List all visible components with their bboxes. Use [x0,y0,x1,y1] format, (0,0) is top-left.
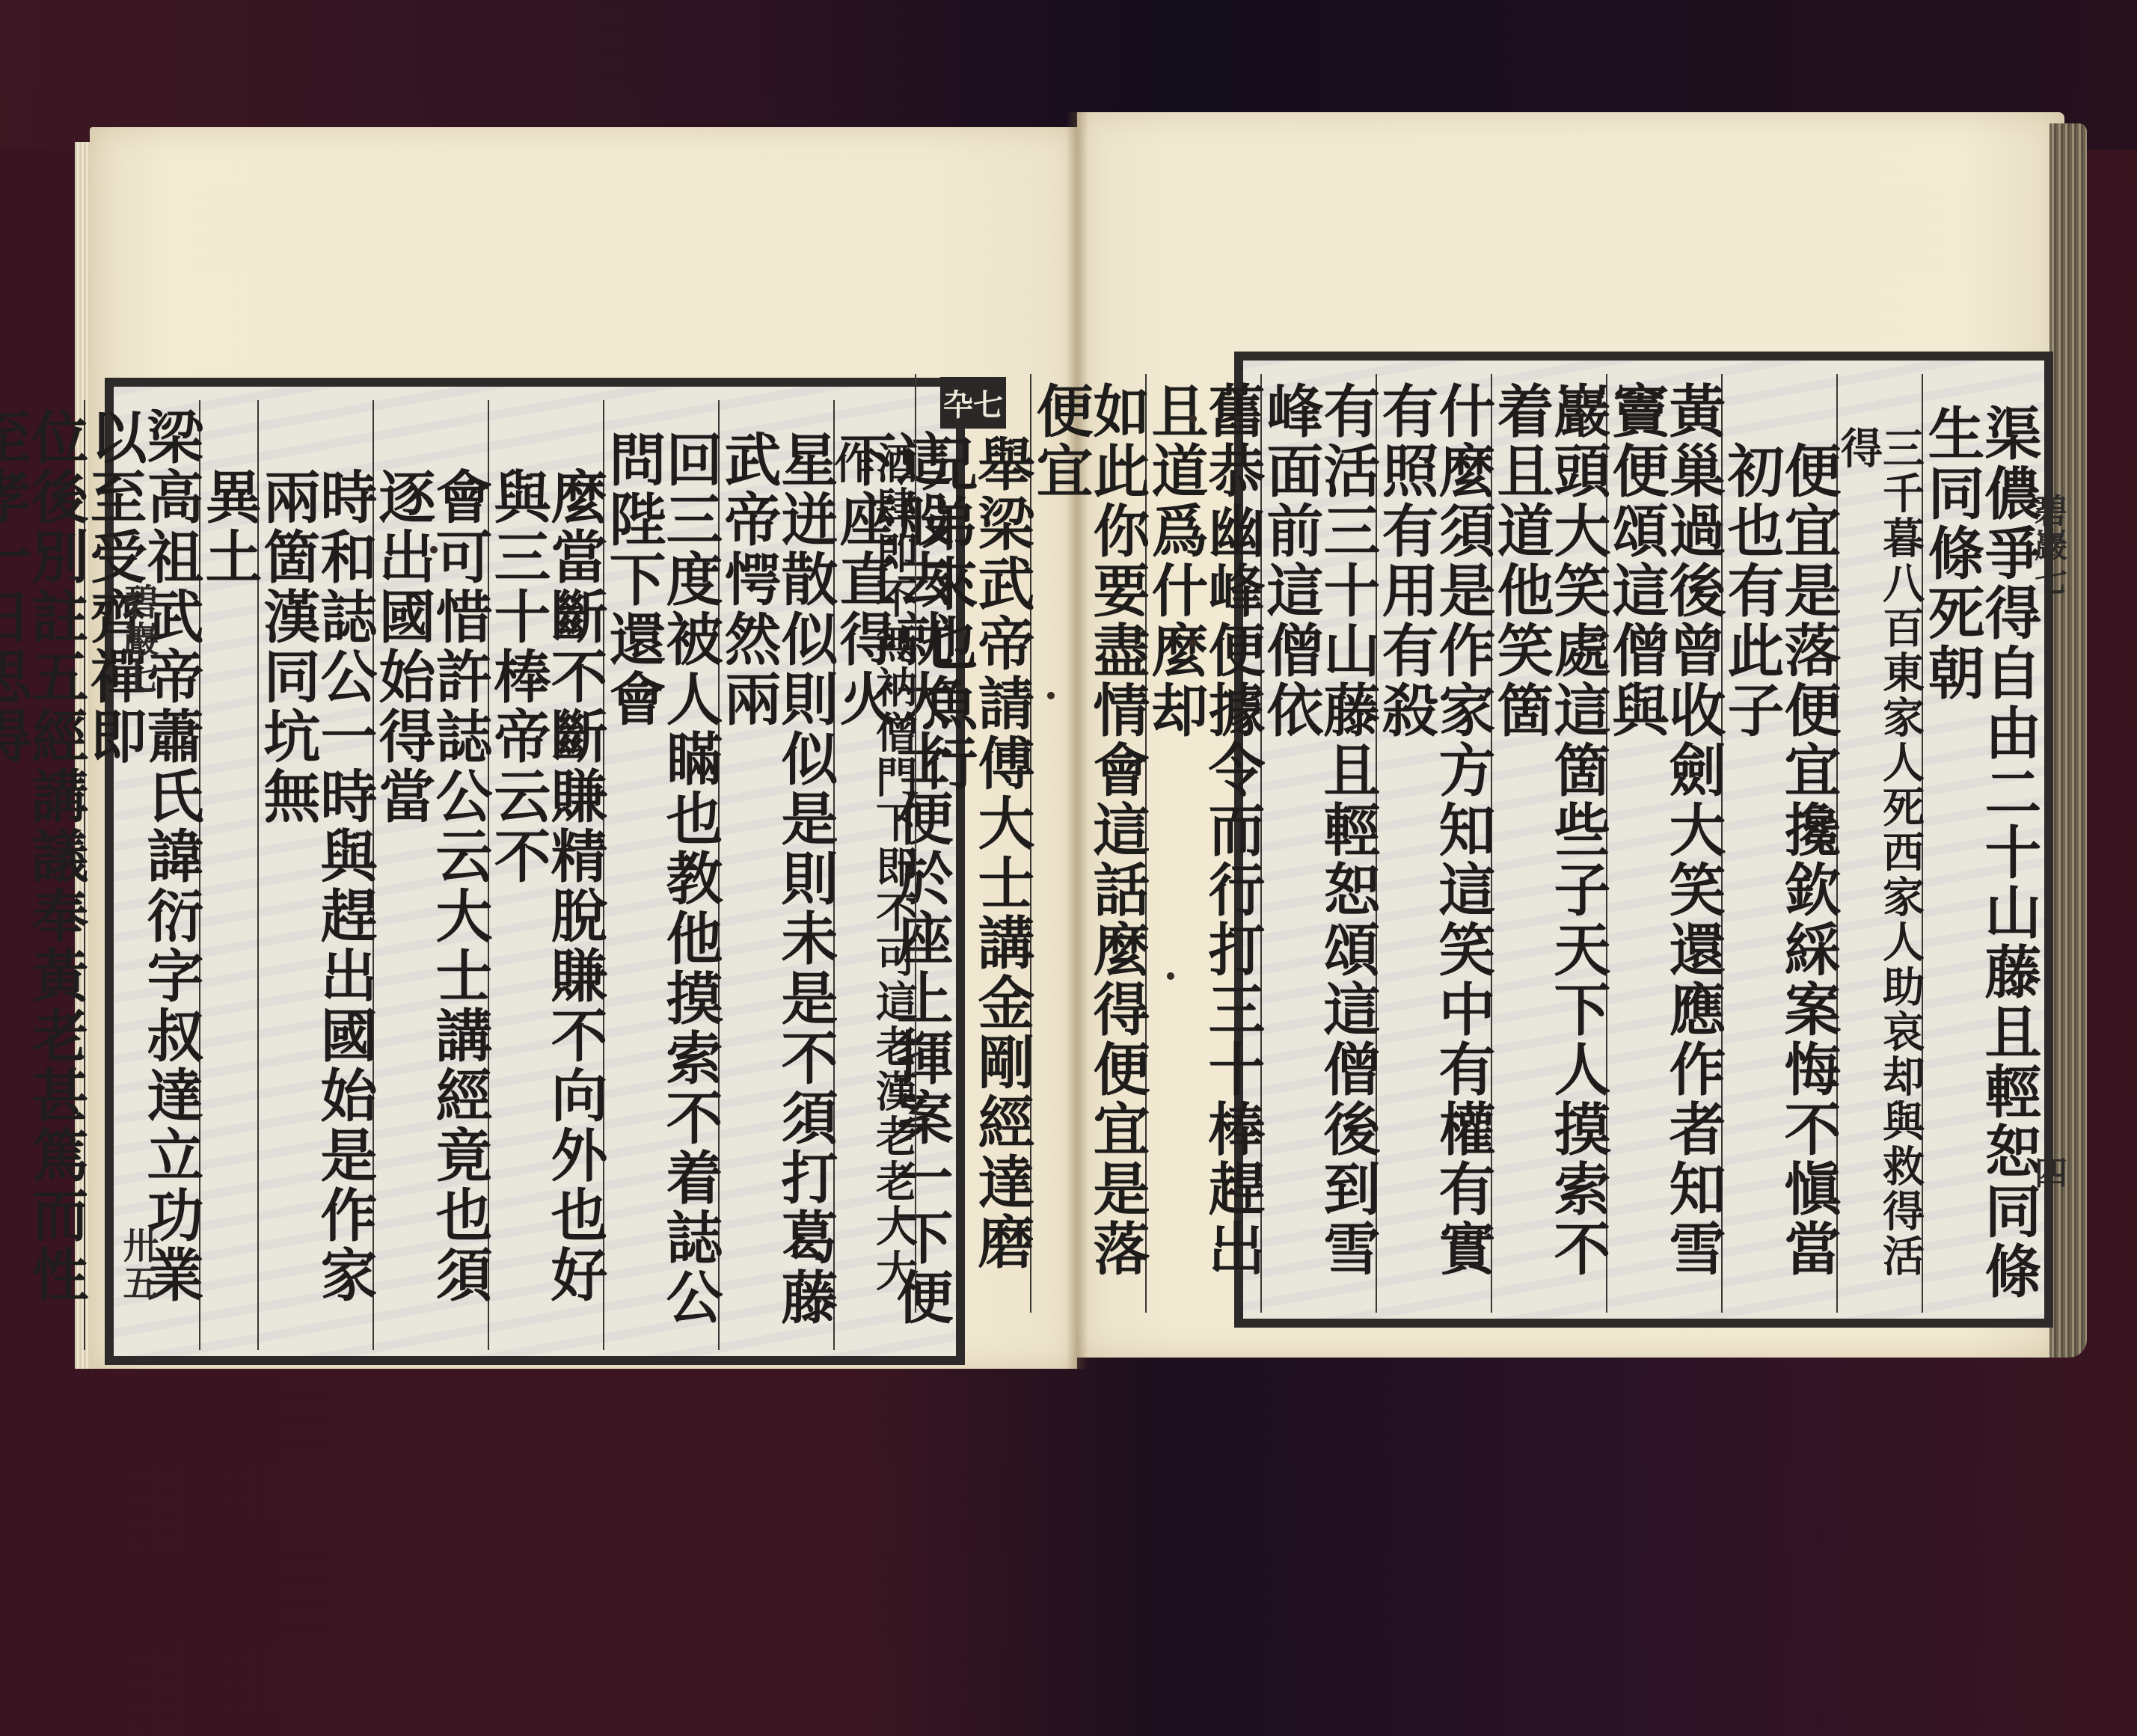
text-column: 巖頭大笑處這箇些子天下人摸索不着且道他笑箇 [1491,374,1606,1313]
fold-label-page-number: 卅五 [112,1227,164,1301]
column-text: 會可惜許誌公云大士講經竟也須逐出國始得當 [374,467,488,1350]
wormhole-mark [1189,415,1197,423]
column-text: 麼當斷不斷賺精脫賺不向外也好與三十棒帝云不 [489,467,603,1350]
text-column: 麼當斷不斷賺精脫賺不向外也好與三十棒帝云不 [488,400,603,1350]
case-number-badge: 卆七 [940,377,1006,429]
text-column: 異土 [199,400,257,1350]
right-page-columns: 渠儂爭得自由二十山藤且輕恕同條生同條死朝 三千暮八百東家人死西家人助哀却與救得活… [1251,374,2037,1313]
fold-label-page-number: 四 [2023,1156,2071,1190]
text-column: 三千暮八百東家人死西家人助哀却與救得活得 [1836,374,1922,1313]
column-text: 有活三十山藤且輕恕頌這僧後到雪峰面前這僧依 [1262,381,1376,1313]
column-text: 位後別註五經講議奉黃老甚篤而性至孝一日思得 [0,408,84,1350]
fold-label-title: 碧巖七 [112,583,164,696]
column-text: 酒肆即不無衲僧門下即不可這老漢老老大大作 [831,441,915,1313]
column-text: 異土 [200,467,257,587]
column-text: 時和誌公一時與趕出國始是作家兩箇漢同坑無 [259,467,372,1350]
column-text: 星迸散似則似是則未是不須打葛藤武帝愕然兩 [720,430,833,1350]
column-text: 便宜是落便宜攙欽綵案悔不愼當初也有此子 [1723,441,1836,1313]
text-column: 黃巢過後曾收劍大笑還應作者知雪竇便頌這僧與 [1606,374,1721,1313]
text-column: 舊恭幽峰便據令而行打三十棒趕出且道爲什麼却 [1145,374,1260,1313]
text-column: 有活三十山藤且輕恕頌這僧後到雪峰面前這僧依 [1260,374,1376,1313]
wormhole-mark [1047,692,1055,699]
column-text: 舉梁武帝請傅大士講金剛經達磨兄弟來也魚行 [916,435,1030,1313]
column-text: 梁高祖武帝蕭氏諱衍字叔達立功業以至受齊禪即 [85,408,199,1350]
text-column: 什麼須是作家方知這笑中有權有實有照有用有殺 [1376,374,1491,1313]
text-column: 如此你要盡情會這話麼得便宜是落便宜 [1030,374,1145,1313]
left-page-columns: 這般去就大士便於座上揮案一下便下座直得火 星迸散似則似是則未是不須打葛藤武帝愕然… [121,400,948,1350]
column-text: 黃巢過後曾收劍大笑還應作者知雪竇便頌這僧與 [1607,381,1721,1313]
column-text: 渠儂爭得自由二十山藤且輕恕同條生同條死朝 [1923,404,2037,1313]
wormhole-mark [1167,972,1174,980]
text-column: 梁高祖武帝蕭氏諱衍字叔達立功業以至受齊禪即 [84,400,199,1350]
wormhole-mark [430,546,438,553]
column-text: 什麼須是作家方知這笑中有權有實有照有用有殺 [1377,381,1491,1313]
column-text: 舊恭幽峰便據令而行打三十棒趕出且道爲什麼却 [1147,381,1260,1313]
text-column: 位後別註五經講議奉黃老甚篤而性至孝一日思得 [0,400,84,1350]
text-column: 回三度被人瞞也教他摸索不着誌公問陛下還會 [603,400,718,1350]
column-text: 三千暮八百東家人死西家人助哀却與救得活得 [1838,426,1922,1313]
fold-label-title: 碧巖七 [2023,494,2071,597]
text-column: 便宜是落便宜攙欽綵案悔不愼當初也有此子 [1721,374,1836,1313]
text-column: 酒肆即不無衲僧門下即不可這老漢老老大大作 [831,374,915,1313]
text-column: 卆七 舉梁武帝請傅大士講金剛經達磨兄弟來也魚行 [915,374,1030,1313]
text-column: 會可惜許誌公云大士講經竟也須逐出國始得當 [372,400,488,1350]
column-text: 回三度被人瞞也教他摸索不着誌公問陛下還會 [604,430,718,1350]
text-column: 時和誌公一時與趕出國始是作家兩箇漢同坑無 [257,400,372,1350]
wormhole-mark [1189,640,1197,647]
right-page-text-frame: 渠儂爭得自由二十山藤且輕恕同條生同條死朝 三千暮八百東家人死西家人助哀却與救得活… [1234,352,2053,1328]
column-text: 如此你要盡情會這話麼得便宜是落便宜 [1031,381,1145,1313]
text-column: 渠儂爭得自由二十山藤且輕恕同條生同條死朝 [1922,374,2037,1313]
text-column: 星迸散似則似是則未是不須打葛藤武帝愕然兩 [718,400,833,1350]
column-text: 巖頭大笑處這箇些子天下人摸索不着且道他笑箇 [1492,381,1606,1313]
